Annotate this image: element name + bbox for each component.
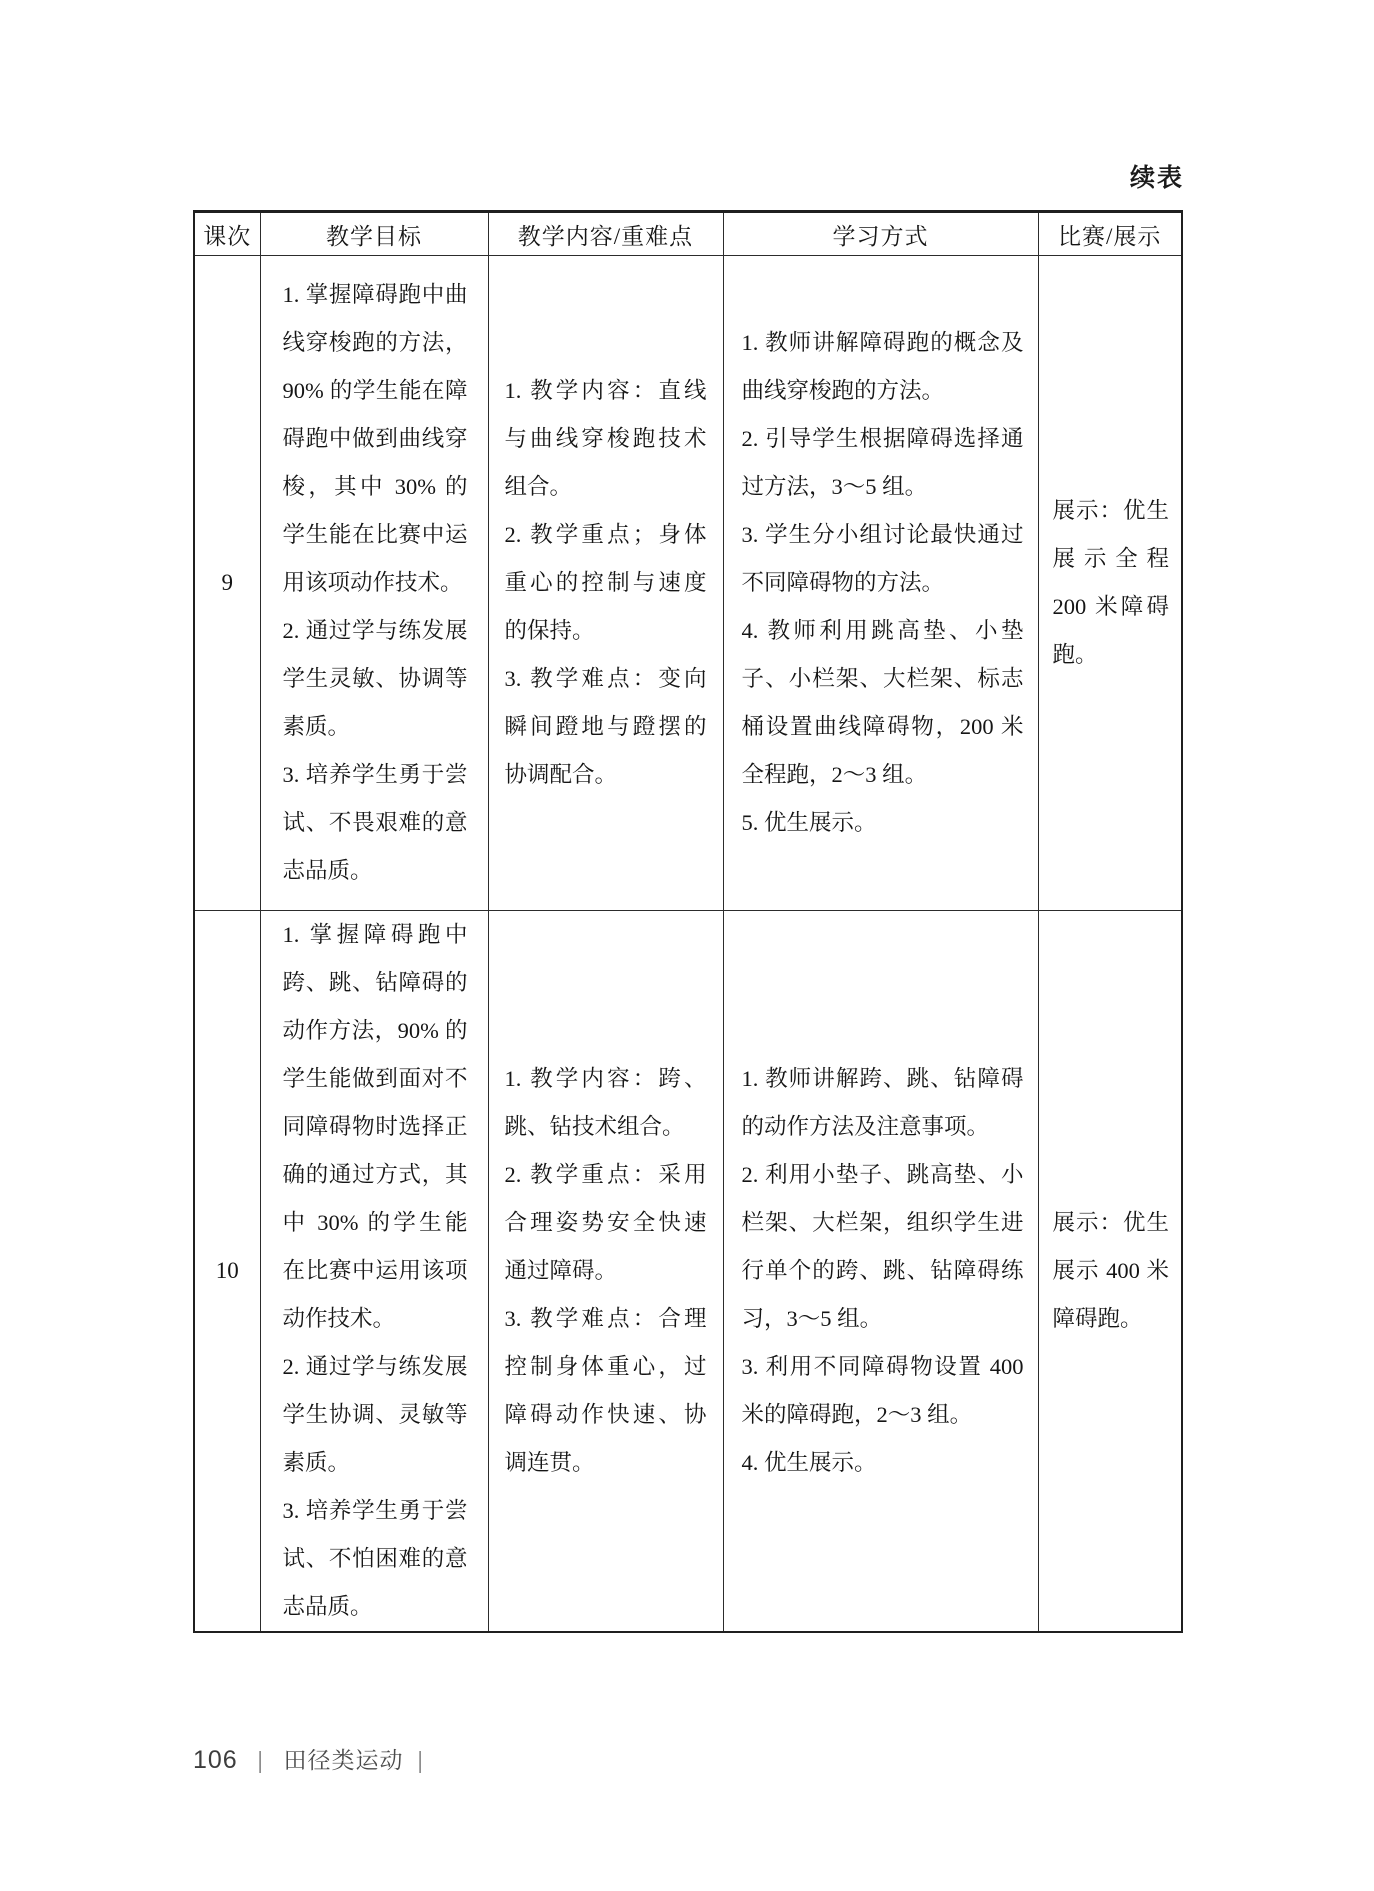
display-cell: 展示：优生展示 400 米障碍跑。: [1038, 911, 1182, 1633]
methods-cell: 1. 教师讲解跨、跳、钻障碍的动作方法及注意事项。 2. 利用小垫子、跳高垫、小…: [723, 911, 1038, 1633]
header-lesson-number: 课次: [194, 212, 260, 256]
objectives-cell: 1. 掌握障碍跑中跨、跳、钻障碍的动作方法，90% 的学生能做到面对不同障碍物时…: [260, 911, 488, 1633]
display-text: 展示：优生展示全程 200 米障碍跑。: [1053, 487, 1170, 679]
objective-item: 1. 掌握障碍跑中曲线穿梭跑的方法，90% 的学生能在障碍跑中做到曲线穿梭，其中…: [283, 271, 468, 607]
method-item: 3. 学生分小组讨论最快通过不同障碍物的方法。: [742, 511, 1024, 607]
table-row-lesson-9: 9 1. 掌握障碍跑中曲线穿梭跑的方法，90% 的学生能在障碍跑中做到曲线穿梭，…: [194, 256, 1182, 911]
method-item: 4. 优生展示。: [742, 1439, 1024, 1487]
header-teaching-objectives: 教学目标: [260, 212, 488, 256]
lesson-number-cell: 10: [194, 911, 260, 1633]
header-competition-display: 比赛/展示: [1038, 212, 1182, 256]
footer-divider-icon: |: [258, 1747, 263, 1774]
objective-item: 3. 培养学生勇于尝试、不怕困难的意志品质。: [283, 1487, 468, 1631]
continued-table-label: 续表: [1130, 158, 1188, 194]
method-item: 4. 教师利用跳高垫、小垫子、小栏架、大栏架、标志桶设置曲线障碍物，200 米全…: [742, 607, 1024, 799]
objective-item: 2. 通过学与练发展学生协调、灵敏等素质。: [283, 1343, 468, 1487]
table-row-lesson-10: 10 1. 掌握障碍跑中跨、跳、钻障碍的动作方法，90% 的学生能做到面对不同障…: [194, 911, 1182, 1633]
method-item: 5. 优生展示。: [742, 799, 1024, 847]
objectives-cell: 1. 掌握障碍跑中曲线穿梭跑的方法，90% 的学生能在障碍跑中做到曲线穿梭，其中…: [260, 256, 488, 911]
footer-book-title: 田径类运动: [283, 1747, 403, 1773]
page-number: 106: [193, 1746, 238, 1774]
book-page: 续表 课次 教学目标 教学内容/重难点 学习方式 比赛/展示 9 1. 掌握障碍…: [0, 0, 1374, 1891]
content-item: 2. 教学重点；身体重心的控制与速度的保持。: [505, 511, 707, 655]
footer-divider-icon: |: [418, 1747, 423, 1774]
table-header-row: 课次 教学目标 教学内容/重难点 学习方式 比赛/展示: [194, 212, 1182, 256]
header-learning-methods: 学习方式: [723, 212, 1038, 256]
method-item: 2. 引导学生根据障碍选择通过方法，3～5 组。: [742, 415, 1024, 511]
method-item: 1. 教师讲解障碍跑的概念及曲线穿梭跑的方法。: [742, 319, 1024, 415]
method-item: 3. 利用不同障碍物设置 400 米的障碍跑，2～3 组。: [742, 1343, 1024, 1439]
display-text: 展示：优生展示 400 米障碍跑。: [1053, 1199, 1170, 1343]
lesson-number-cell: 9: [194, 256, 260, 911]
objective-item: 3. 培养学生勇于尝试、不畏艰难的意志品质。: [283, 751, 468, 895]
objective-item: 1. 掌握障碍跑中跨、跳、钻障碍的动作方法，90% 的学生能做到面对不同障碍物时…: [283, 911, 468, 1343]
display-cell: 展示：优生展示全程 200 米障碍跑。: [1038, 256, 1182, 911]
content-item: 3. 教学难点：变向瞬间蹬地与蹬摆的协调配合。: [505, 655, 707, 799]
page-footer: 106 | 田径类运动 |: [193, 1742, 426, 1775]
lesson-plan-table: 课次 教学目标 教学内容/重难点 学习方式 比赛/展示 9 1. 掌握障碍跑中曲…: [193, 210, 1183, 1633]
content-item: 1. 教学内容：直线与曲线穿梭跑技术组合。: [505, 367, 707, 511]
header-teaching-content: 教学内容/重难点: [488, 212, 723, 256]
objective-item: 2. 通过学与练发展学生灵敏、协调等素质。: [283, 607, 468, 751]
content-item: 2. 教学重点：采用合理姿势安全快速通过障碍。: [505, 1151, 707, 1295]
method-item: 2. 利用小垫子、跳高垫、小栏架、大栏架，组织学生进行单个的跨、跳、钻障碍练习，…: [742, 1151, 1024, 1343]
content-cell: 1. 教学内容：直线与曲线穿梭跑技术组合。 2. 教学重点；身体重心的控制与速度…: [488, 256, 723, 911]
content-item: 1. 教学内容：跨、跳、钻技术组合。: [505, 1055, 707, 1151]
content-cell: 1. 教学内容：跨、跳、钻技术组合。 2. 教学重点：采用合理姿势安全快速通过障…: [488, 911, 723, 1633]
methods-cell: 1. 教师讲解障碍跑的概念及曲线穿梭跑的方法。 2. 引导学生根据障碍选择通过方…: [723, 256, 1038, 911]
method-item: 1. 教师讲解跨、跳、钻障碍的动作方法及注意事项。: [742, 1055, 1024, 1151]
content-item: 3. 教学难点：合理控制身体重心，过障碍动作快速、协调连贯。: [505, 1295, 707, 1487]
